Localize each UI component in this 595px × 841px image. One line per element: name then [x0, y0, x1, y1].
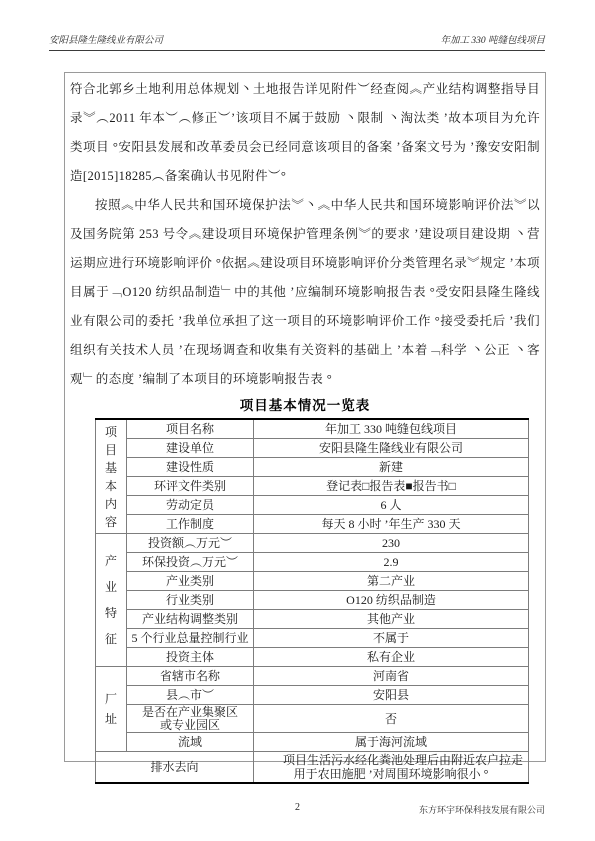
row-label: 是否在产业集聚区或专业园区: [127, 705, 254, 733]
row-value: 每天 8 小时 ’年生产 330 天: [254, 515, 529, 534]
row-label: 产业结构调整类别: [127, 610, 254, 629]
row-label: 5 个行业总量控制行业: [127, 629, 254, 648]
row-label: 投资主体: [127, 648, 254, 667]
body-paragraph-2: 按照︽中华人民共和国环境保护法︾丶︽中华人民共和国环境影响评价法︾以及国务院第 …: [70, 191, 540, 394]
row-value: 安阳县: [254, 686, 529, 705]
row-label: 投资额︵万元︶: [127, 534, 254, 553]
document-page: 安阳县隆生隆线业有限公司 年加工 330 吨缝包线项目 符合北郭乡土地利用总体规…: [0, 0, 595, 841]
table-row: 产业特征 投资额︵万元︶ 230: [96, 534, 529, 553]
row-value: 年加工 330 吨缝包线项目: [254, 419, 529, 439]
row-label: 县︵市︶: [127, 686, 254, 705]
table-row: 环保投资︵万元︶ 2.9: [96, 553, 529, 572]
row-value: 安阳县隆生隆线业有限公司: [254, 439, 529, 458]
row-label: 劳动定员: [127, 496, 254, 515]
table-row: 5 个行业总量控制行业 不属于: [96, 629, 529, 648]
row-value: 河南省: [254, 667, 529, 686]
row-label: 工作制度: [127, 515, 254, 534]
table-row: 是否在产业集聚区或专业园区 否: [96, 705, 529, 733]
table-row: 县︵市︶ 安阳县: [96, 686, 529, 705]
row-value: 2.9: [254, 553, 529, 572]
row-label: 建设单位: [127, 439, 254, 458]
row-label: 项目名称: [127, 419, 254, 439]
footer-company: 东方环宇环保科技发展有限公司: [419, 803, 545, 816]
row-label: 产业类别: [127, 572, 254, 591]
row-label: 环评文件类别: [127, 477, 254, 496]
row-value: 230: [254, 534, 529, 553]
table-title: 项目基本情况一览表: [70, 396, 540, 416]
row-label: 行业类别: [127, 591, 254, 610]
table-row: 项目基本内容 项目名称 年加工 330 吨缝包线项目: [96, 419, 529, 439]
table-row: 产业结构调整类别 其他产业: [96, 610, 529, 629]
table-row: 工作制度 每天 8 小时 ’年生产 330 天: [96, 515, 529, 534]
page-header: 安阳县隆生隆线业有限公司 年加工 330 吨缝包线项目: [49, 32, 545, 51]
table-row: 厂址 省辖市名称 河南省: [96, 667, 529, 686]
row-value: 第二产业: [254, 572, 529, 591]
row-label: 环保投资︵万元︶: [127, 553, 254, 572]
table-row: 环评文件类别 登记表□报告表■报告书□: [96, 477, 529, 496]
row-value: 否: [254, 705, 529, 733]
project-info-table: 项目基本内容 项目名称 年加工 330 吨缝包线项目 建设单位 安阳县隆生隆线业…: [95, 418, 529, 784]
table-row: 建设性质 新建: [96, 458, 529, 477]
row-label: 流域: [127, 733, 254, 752]
table-row: 产业类别 第二产业: [96, 572, 529, 591]
row-value: 其他产业: [254, 610, 529, 629]
table-row: 流域 属于海河流域: [96, 733, 529, 752]
body-paragraph-1: 符合北郭乡土地利用总体规划丶土地报告详见附件︶经查阅︽产业结构调整指导目录︾︵2…: [70, 75, 540, 191]
row-label: 建设性质: [127, 458, 254, 477]
row-label: 排水去向: [96, 752, 254, 784]
table-row: 投资主体 私有企业: [96, 648, 529, 667]
section-header-cell: 项目基本内容: [96, 419, 127, 534]
table-row: 劳动定员 6 人: [96, 496, 529, 515]
header-company: 安阳县隆生隆线业有限公司: [49, 32, 163, 46]
section-header-cell: 产业特征: [96, 534, 127, 667]
table-row: 排水去向 项目生活污水经化粪池处理后由附近农户拉走用于农田施肥 ’对周围环境影响…: [96, 752, 529, 784]
row-label: 省辖市名称: [127, 667, 254, 686]
row-value: 新建: [254, 458, 529, 477]
row-value: 不属于: [254, 629, 529, 648]
row-value: 项目生活污水经化粪池处理后由附近农户拉走用于农田施肥 ’对周围环境影响很小 °: [254, 752, 529, 784]
section-header-cell: 厂址: [96, 667, 127, 752]
header-project: 年加工 330 吨缝包线项目: [440, 32, 545, 46]
table-row: 建设单位 安阳县隆生隆线业有限公司: [96, 439, 529, 458]
row-value: O120 纺织品制造: [254, 591, 529, 610]
row-value: 6 人: [254, 496, 529, 515]
content-frame: 符合北郭乡土地利用总体规划丶土地报告详见附件︶经查阅︽产业结构调整指导目录︾︵2…: [64, 72, 546, 762]
row-value: 登记表□报告表■报告书□: [254, 477, 529, 496]
row-value: 私有企业: [254, 648, 529, 667]
table-row: 行业类别 O120 纺织品制造: [96, 591, 529, 610]
row-value: 属于海河流域: [254, 733, 529, 752]
